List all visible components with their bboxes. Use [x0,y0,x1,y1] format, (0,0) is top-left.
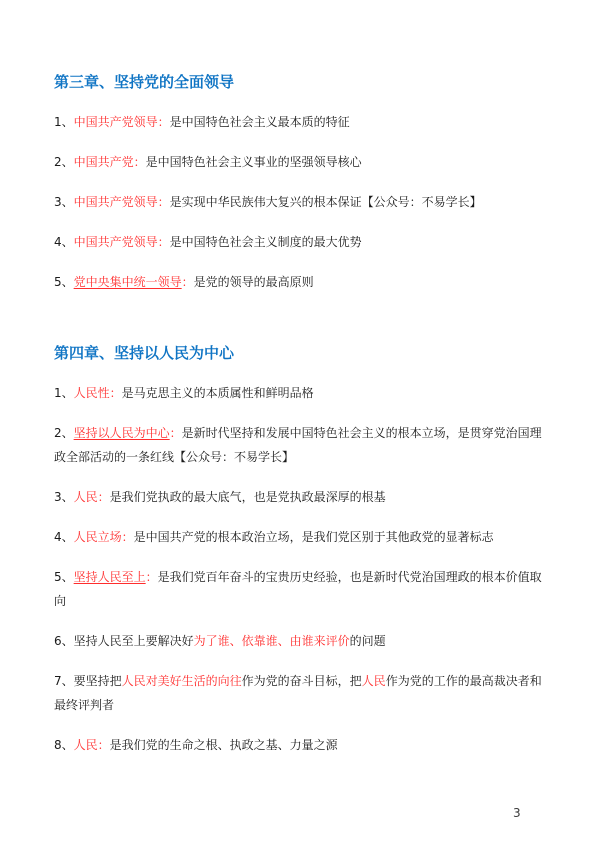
body-text: 7、要坚持把 [54,674,122,688]
definition-item: 7、要坚持把人民对美好生活的向往作为党的奋斗目标，把人民作为党的工作的最高裁决者… [54,669,554,717]
body-text: 是党的领导的最高原则 [194,275,314,289]
body-text: 向 [54,594,66,608]
body-text: 6、坚持人民至上要解决好 [54,634,194,648]
key-term: 人民： [74,738,110,752]
body-text: 3、 [54,195,74,209]
body-text: 最终评判者 [54,698,114,712]
chapter-3-title: 第三章、坚持党的全面领导 [54,70,554,94]
key-term: 坚持以人民为中心 [74,426,170,440]
key-term: 人民 [362,674,386,688]
body-text: 4、 [54,530,74,544]
body-text: 是中国共产党的根本政治立场，是我们党区别于其他政党的显著标志 [134,530,494,544]
body-text: 2、 [54,426,74,440]
definition-item: 4、人民立场：是中国共产党的根本政治立场，是我们党区别于其他政党的显著标志 [54,525,554,549]
body-text: 是我们党执政的最大底气，也是党执政最深厚的根基 [110,490,386,504]
body-text: 5、 [54,570,74,584]
body-text: 是中国特色社会主义制度的最大优势 [170,235,362,249]
body-text: 5、 [54,275,74,289]
document-page: 第三章、坚持党的全面领导 1、中国共产党领导：是中国特色社会主义最本质的特征 2… [0,0,596,842]
body-text: 是新时代坚持和发展中国特色社会主义的根本立场，是贯穿党治国理 [182,426,542,440]
body-text: 8、 [54,738,74,752]
definition-item: 3、中国共产党领导：是实现中华民族伟大复兴的根本保证【公众号：不易学长】 [54,190,554,214]
body-text: 作为党的工作的最高裁决者和 [386,674,542,688]
body-text: 4、 [54,235,74,249]
definition-item: 3、人民：是我们党执政的最大底气，也是党执政最深厚的根基 [54,485,554,509]
key-term: 中国共产党领导： [74,235,170,249]
definition-item: 4、中国共产党领导：是中国特色社会主义制度的最大优势 [54,230,554,254]
key-term: ： [182,275,194,289]
definition-item: 5、坚持人民至上：是我们党百年奋斗的宝贵历史经验，也是新时代党治国理政的根本价值… [54,565,554,613]
body-text: 是实现中华民族伟大复兴的根本保证【公众号：不易学长】 [170,195,482,209]
body-text: 1、 [54,386,74,400]
body-text: 3、 [54,490,74,504]
key-term: ： [170,426,182,440]
key-term: 坚持人民至上 [74,570,146,584]
key-term: 中国共产党： [74,155,146,169]
body-text: 2、 [54,155,74,169]
body-text: 政全部活动的一条红线【公众号：不易学长】 [54,450,294,464]
body-text: 作为党的奋斗目标，把 [242,674,362,688]
body-text: 的问题 [350,634,386,648]
chapter-4-section: 第四章、坚持以人民为中心 1、人民性：是马克思主义的本质属性和鲜明品格 2、坚持… [54,341,554,757]
definition-item: 2、中国共产党：是中国特色社会主义事业的坚强领导核心 [54,150,554,174]
key-term: 人民立场： [74,530,134,544]
body-text: 是中国特色社会主义事业的坚强领导核心 [146,155,362,169]
key-term: 中国共产党领导： [74,115,170,129]
definition-item: 1、人民性：是马克思主义的本质属性和鲜明品格 [54,381,554,405]
definition-item: 6、坚持人民至上要解决好为了谁、依靠谁、由谁来评价的问题 [54,629,554,653]
definition-item: 2、坚持以人民为中心：是新时代坚持和发展中国特色社会主义的根本立场，是贯穿党治国… [54,421,554,469]
body-text: 1、 [54,115,74,129]
key-term: 人民： [74,490,110,504]
key-term: 为了谁、依靠谁、由谁来评价 [194,634,350,648]
key-term: ： [146,570,158,584]
key-term: 党中央集中统一领导 [74,275,182,289]
key-term: 中国共产党领导： [74,195,170,209]
key-term: 人民性： [74,386,122,400]
page-number: 3 [513,806,521,820]
key-term: 人民对美好生活的向往 [122,674,242,688]
body-text: 是中国特色社会主义最本质的特征 [170,115,350,129]
definition-item: 5、党中央集中统一领导：是党的领导的最高原则 [54,270,554,294]
definition-item: 1、中国共产党领导：是中国特色社会主义最本质的特征 [54,110,554,134]
chapter-3-section: 第三章、坚持党的全面领导 1、中国共产党领导：是中国特色社会主义最本质的特征 2… [54,70,554,294]
document-content: 第三章、坚持党的全面领导 1、中国共产党领导：是中国特色社会主义最本质的特征 2… [54,58,554,773]
body-text: 是马克思主义的本质属性和鲜明品格 [122,386,314,400]
chapter-4-title: 第四章、坚持以人民为中心 [54,341,554,365]
definition-item: 8、人民：是我们党的生命之根、执政之基、力量之源 [54,733,554,757]
body-text: 是我们党百年奋斗的宝贵历史经验，也是新时代党治国理政的根本价值取 [158,570,542,584]
body-text: 是我们党的生命之根、执政之基、力量之源 [110,738,338,752]
